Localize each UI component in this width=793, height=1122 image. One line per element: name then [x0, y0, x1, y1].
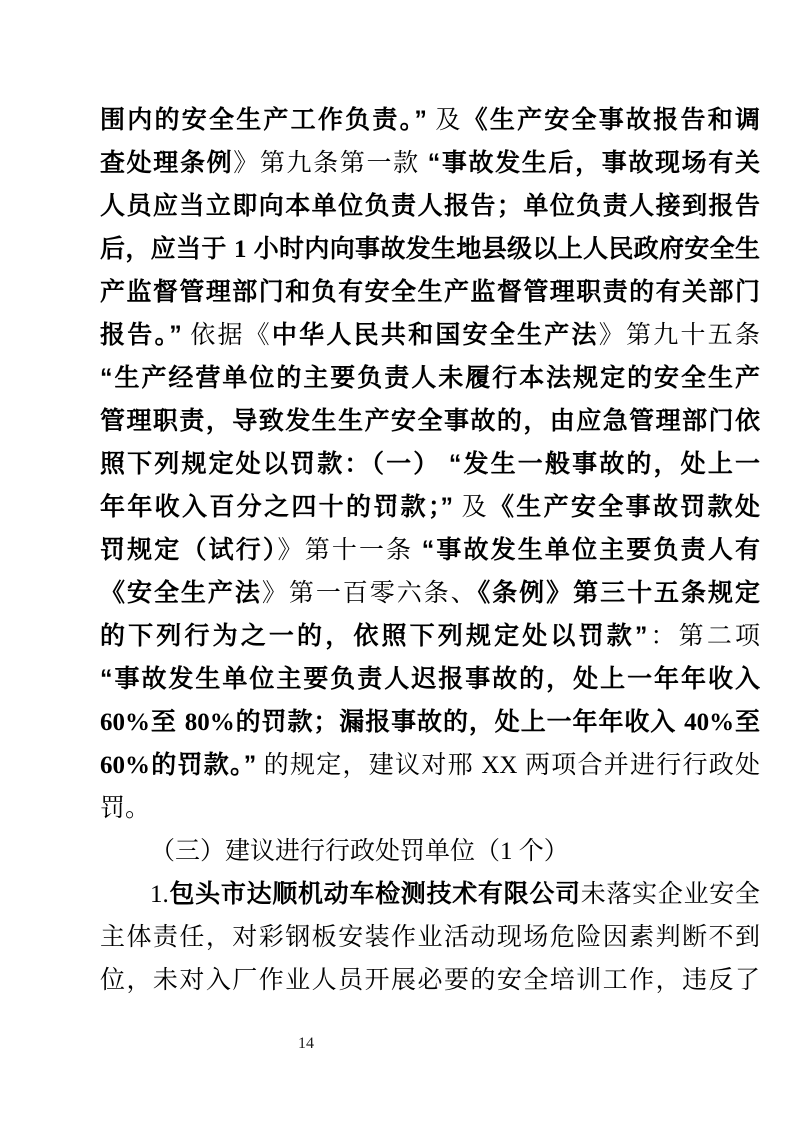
- text-line: “生产经营单位的主要负责人未履行本法规定的安全生产: [100, 357, 760, 400]
- text-run: 后，应当于: [100, 235, 234, 263]
- text-run: 1: [234, 236, 247, 263]
- text-run: [440, 451, 448, 478]
- text-run: 罚规定（试行）: [100, 536, 278, 564]
- text-run: 的下列行为之一的，依照下列规定处以罚款”: [100, 622, 647, 650]
- text-line: 查处理条例》第九条第一款 “事故发生后，事故现场有关: [100, 142, 760, 185]
- text-run: 至: [150, 708, 185, 736]
- text-run: 人员应当立即向本单位负责人报告；单位负责人接到报告: [100, 192, 760, 220]
- text-run: “发生一般事故的，处上一: [449, 450, 760, 478]
- text-run: 60%: [100, 709, 150, 736]
- text-run: 照下列规定处以罚款：（一）: [100, 450, 440, 478]
- page-number: 14: [298, 1034, 314, 1054]
- text-run: 罚。: [100, 795, 150, 822]
- text-run: 80%: [185, 709, 235, 736]
- text-run: 》第十一条: [278, 537, 422, 564]
- text-line: 围内的安全生产工作负责。” 及《生产安全事故报告和调: [100, 99, 760, 142]
- text-run: ：第二项: [647, 623, 760, 650]
- text-run: 》第一百零六条、: [262, 580, 478, 607]
- text-run: “事故发生单位主要负责人有: [422, 536, 760, 564]
- text-line: （三）建议进行行政处罚单位（1 个）: [100, 830, 760, 873]
- text-run: 及: [453, 494, 489, 521]
- text-line: 年年收入百分之四十的罚款；” 及《生产安全事故罚款处: [100, 486, 760, 529]
- text-line: 后，应当于 1 小时内向事故发生地县级以上人民政府安全生: [100, 228, 760, 271]
- text-run: “事故发生后，事故现场有关: [428, 149, 760, 177]
- text-run: 》第九条第一款: [233, 150, 427, 177]
- text-run: 的规定，建议对邢 XX 两项合并进行行政处: [256, 752, 760, 779]
- document-body-text: 围内的安全生产工作负责。” 及《生产安全事故报告和调查处理条例》第九条第一款 “…: [100, 99, 760, 1002]
- text-run: 主体责任，对彩钢板安装作业活动现场危险因素判断不到: [100, 924, 760, 951]
- text-run: 至: [734, 708, 760, 736]
- text-run: 年年收入百分之四十的罚款；”: [100, 493, 453, 521]
- text-line: 照下列规定处以罚款：（一） “发生一般事故的，处上一: [100, 443, 760, 486]
- text-run: 的罚款。”: [150, 751, 256, 779]
- text-run: 的罚款；漏报事故的，处上一年年收入: [235, 708, 684, 736]
- text-run: 中华人民共和国安全生产法: [272, 321, 599, 349]
- text-run: （三）建议进行行政处罚单位（1 个）: [150, 838, 569, 865]
- text-run: 《生产安全事故报告和调: [463, 106, 760, 134]
- text-line: 的下列行为之一的，依照下列规定处以罚款”：第二项: [100, 615, 760, 658]
- text-run: 产监督管理部门和负有安全生产监督管理职责的有关部门: [100, 278, 760, 306]
- text-line: 报告。” 依据《中华人民共和国安全生产法》第九十五条: [100, 314, 760, 357]
- text-run: 报告。”: [100, 321, 182, 349]
- text-run: 》第九十五条: [599, 322, 760, 349]
- text-line: 《安全生产法》第一百零六条、《条例》第三十五条规定: [100, 572, 760, 615]
- text-run: 包头市达顺机动车检测技术有限公司: [169, 880, 581, 908]
- text-run: 查处理条例: [100, 149, 233, 177]
- text-run: 《生产安全事故罚款处: [489, 493, 760, 521]
- text-line: 人员应当立即向本单位负责人报告；单位负责人接到报告: [100, 185, 760, 228]
- text-line: 60%至 80%的罚款；漏报事故的，处上一年年收入 40%至: [100, 701, 760, 744]
- text-line: 60%的罚款。” 的规定，建议对邢 XX 两项合并进行行政处: [100, 744, 760, 787]
- text-line: “事故发生单位主要负责人迟报事故的，处上一年年收入: [100, 658, 760, 701]
- text-run: 1.: [150, 881, 169, 908]
- text-line: 1.包头市达顺机动车检测技术有限公司未落实企业安全: [100, 873, 760, 916]
- text-run: “事故发生单位主要负责人迟报事故的，处上一年年收入: [100, 665, 760, 693]
- text-run: “生产经营单位的主要负责人未履行本法规定的安全生产: [100, 364, 760, 392]
- text-line: 主体责任，对彩钢板安装作业活动现场危险因素判断不到: [100, 916, 760, 959]
- text-run: 40%: [684, 709, 734, 736]
- text-run: 《安全生产法: [100, 579, 262, 607]
- text-line: 位，未对入厂作业人员开展必要的安全培训工作，违反了: [100, 959, 760, 1002]
- text-run: 管理职责，导致发生生产安全事故的，由应急管理部门依: [100, 407, 760, 435]
- text-run: 依据《: [182, 322, 272, 349]
- document-page: 围内的安全生产工作负责。” 及《生产安全事故报告和调查处理条例》第九条第一款 “…: [0, 0, 793, 1122]
- text-line: 罚。: [100, 787, 760, 830]
- text-run: 及: [427, 107, 463, 134]
- text-line: 罚规定（试行）》第十一条 “事故发生单位主要负责人有: [100, 529, 760, 572]
- text-run: 60%: [100, 752, 150, 779]
- text-run: 小时内向事故发生地县级以上人民政府安全生: [246, 235, 760, 263]
- text-line: 产监督管理部门和负有安全生产监督管理职责的有关部门: [100, 271, 760, 314]
- text-line: 管理职责，导致发生生产安全事故的，由应急管理部门依: [100, 400, 760, 443]
- text-run: 位，未对入厂作业人员开展必要的安全培训工作，违反了: [100, 967, 760, 994]
- text-run: 围内的安全生产工作负责。”: [100, 106, 427, 134]
- text-run: 未落实企业安全: [581, 881, 760, 908]
- text-run: 《条例》第三十五条规定: [478, 579, 760, 607]
